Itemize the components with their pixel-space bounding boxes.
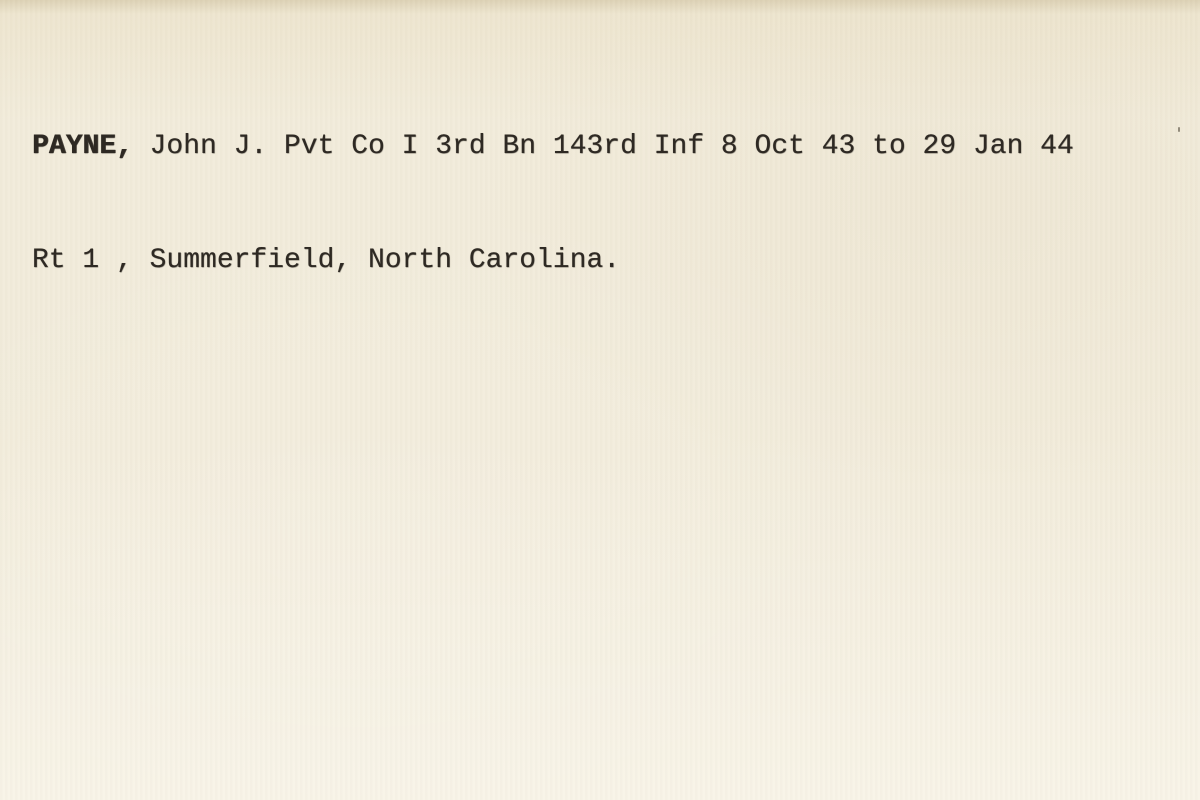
typed-text-block: PAYNE, John J. Pvt Co I 3rd Bn 143rd Inf… xyxy=(32,52,1074,356)
paper-speck xyxy=(1178,127,1180,132)
surname-text: PAYNE, xyxy=(32,131,133,162)
address-line: Rt 1 , Summerfield, North Carolina. xyxy=(32,242,1074,280)
index-card: PAYNE, John J. Pvt Co I 3rd Bn 143rd Inf… xyxy=(0,0,1200,800)
service-record-line: PAYNE, John J. Pvt Co I 3rd Bn 143rd Inf… xyxy=(32,128,1074,166)
service-details-text: John J. Pvt Co I 3rd Bn 143rd Inf 8 Oct … xyxy=(133,131,1074,162)
